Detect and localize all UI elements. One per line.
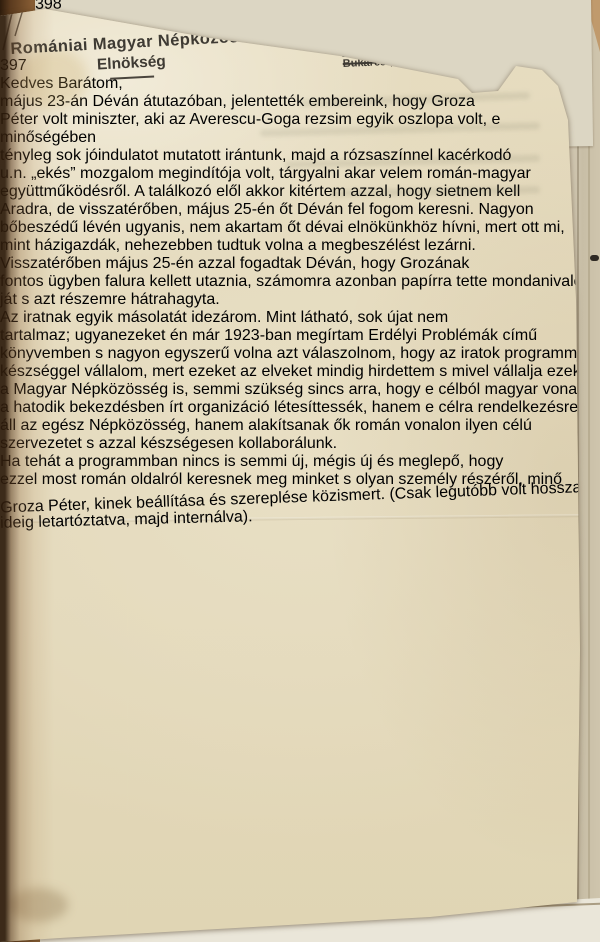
underlined-phrase: szervezetet <box>0 435 82 452</box>
letter-line-text: Ha tehát a programmban nincs is semmi új… <box>0 453 503 470</box>
letter-line-text: keresnek <box>182 471 256 488</box>
letter-line: szervezetet s azzal készségesen kollabor… <box>0 435 600 453</box>
letter-line-text: könyvemben s nagyon egyszerű volna azt v… <box>0 345 594 362</box>
letter-line-text: Aradra, de visszatérőben, május 25-én őt… <box>0 201 534 218</box>
letter-line-text: a Magyar Népközösség is, semmi szükség s… <box>0 381 485 398</box>
letter-line: mint házigazdák, nehezebben tudtuk volna… <box>0 237 600 255</box>
letter-line-text: készséggel vállalom, mert ezeket az elve… <box>0 363 594 380</box>
printed-address-struck: Calea Victoriei 128/a et. II. <box>342 40 471 58</box>
letter-line: áll az egész Népközösség, hanem alakítsa… <box>0 417 600 435</box>
date-rule <box>393 61 575 70</box>
letter-line: fontos ügyben falura kellett utaznia, sz… <box>0 273 600 291</box>
rust-stain <box>481 54 492 64</box>
letter-line: a hatodik bekezdésben írt organizáció lé… <box>0 399 600 417</box>
letter-line: Az iratnak egyik másolatát idezárom. Min… <box>0 309 600 327</box>
letter-line: Ha tehát a programmban nincs is semmi új… <box>0 453 600 471</box>
letter-line-text: s azzal készségesen kollaborálunk. <box>82 435 337 452</box>
printed-phone-struck: Telefon: 4-58-24 <box>474 37 554 52</box>
ink-blotted-word: meg <box>256 471 287 488</box>
letter-line-text: ezzel most <box>0 471 81 488</box>
rust-stain <box>440 8 457 23</box>
letter-line-text: mint házigazdák, nehezebben tudtuk volna… <box>0 237 476 254</box>
letter-line-text: Az iratnak egyik másolatát idezárom. Min… <box>0 309 448 326</box>
letter-line: tartalmaz; ugyanezeket én már 1923-ban m… <box>0 327 600 345</box>
letter-line-text: a hatodik bekezdésben írt organizáció lé… <box>0 399 578 416</box>
letter-line-text: áll az egész Népközösség, hanem <box>0 417 248 434</box>
underlined-phrase: román oldalról <box>81 471 182 488</box>
letter-line: a Magyar Népközösség is, semmi szükség s… <box>0 381 600 399</box>
printed-city-struck: Bukarest, <box>343 56 394 70</box>
underlined-phrase: magyar vonalon <box>485 381 599 398</box>
letter-line-text: fontos ügyben falura kellett utaznia, sz… <box>0 273 588 290</box>
letter-line: könyvemben s nagyon egyszerű volna azt v… <box>0 345 600 363</box>
letter-line-text: Visszatérőben május 25-én azzal fogadtak… <box>0 255 469 272</box>
scanned-letter-photo: 398 Romániai Magyar Népközösség Elnökség… <box>0 0 600 942</box>
letter-line: Aradra, de visszatérőben, május 25-én őt… <box>0 201 600 219</box>
letter-line: ját s azt részemre hátrahagyta. <box>0 291 600 309</box>
paper-stain <box>8 888 68 922</box>
letter-line-text: tartalmaz; ugyanezeket én már 1923-ban m… <box>0 327 537 344</box>
letter-line-text: ját s azt részemre hátrahagyta. <box>0 291 220 308</box>
dateline-block: Bukarest, Brassó, 1944 június 3. Calea V… <box>342 35 592 58</box>
underlined-phrase: alakítsanak ők román vonalon ilyen célú <box>248 417 532 434</box>
letter-line-text: u.n. „ekés” mozgalom megindítója volt, t… <box>0 165 531 182</box>
main-sheet-wrap: Romániai Magyar Népközösség Elnökség Buk… <box>0 0 600 942</box>
main-sheet: Romániai Magyar Népközösség Elnökség Buk… <box>0 0 600 942</box>
letter-line-text: bőbeszédű lévén ugyanis, nem akartam őt … <box>0 219 565 236</box>
handwritten-date: Brassó, 1944 június 3. <box>394 32 587 64</box>
letter-line: készséggel vállalom, mert ezeket az elve… <box>0 363 600 381</box>
letter-line: Visszatérőben május 25-én azzal fogadtak… <box>0 255 600 273</box>
letter-line: bőbeszédű lévén ugyanis, nem akartam őt … <box>0 219 600 237</box>
